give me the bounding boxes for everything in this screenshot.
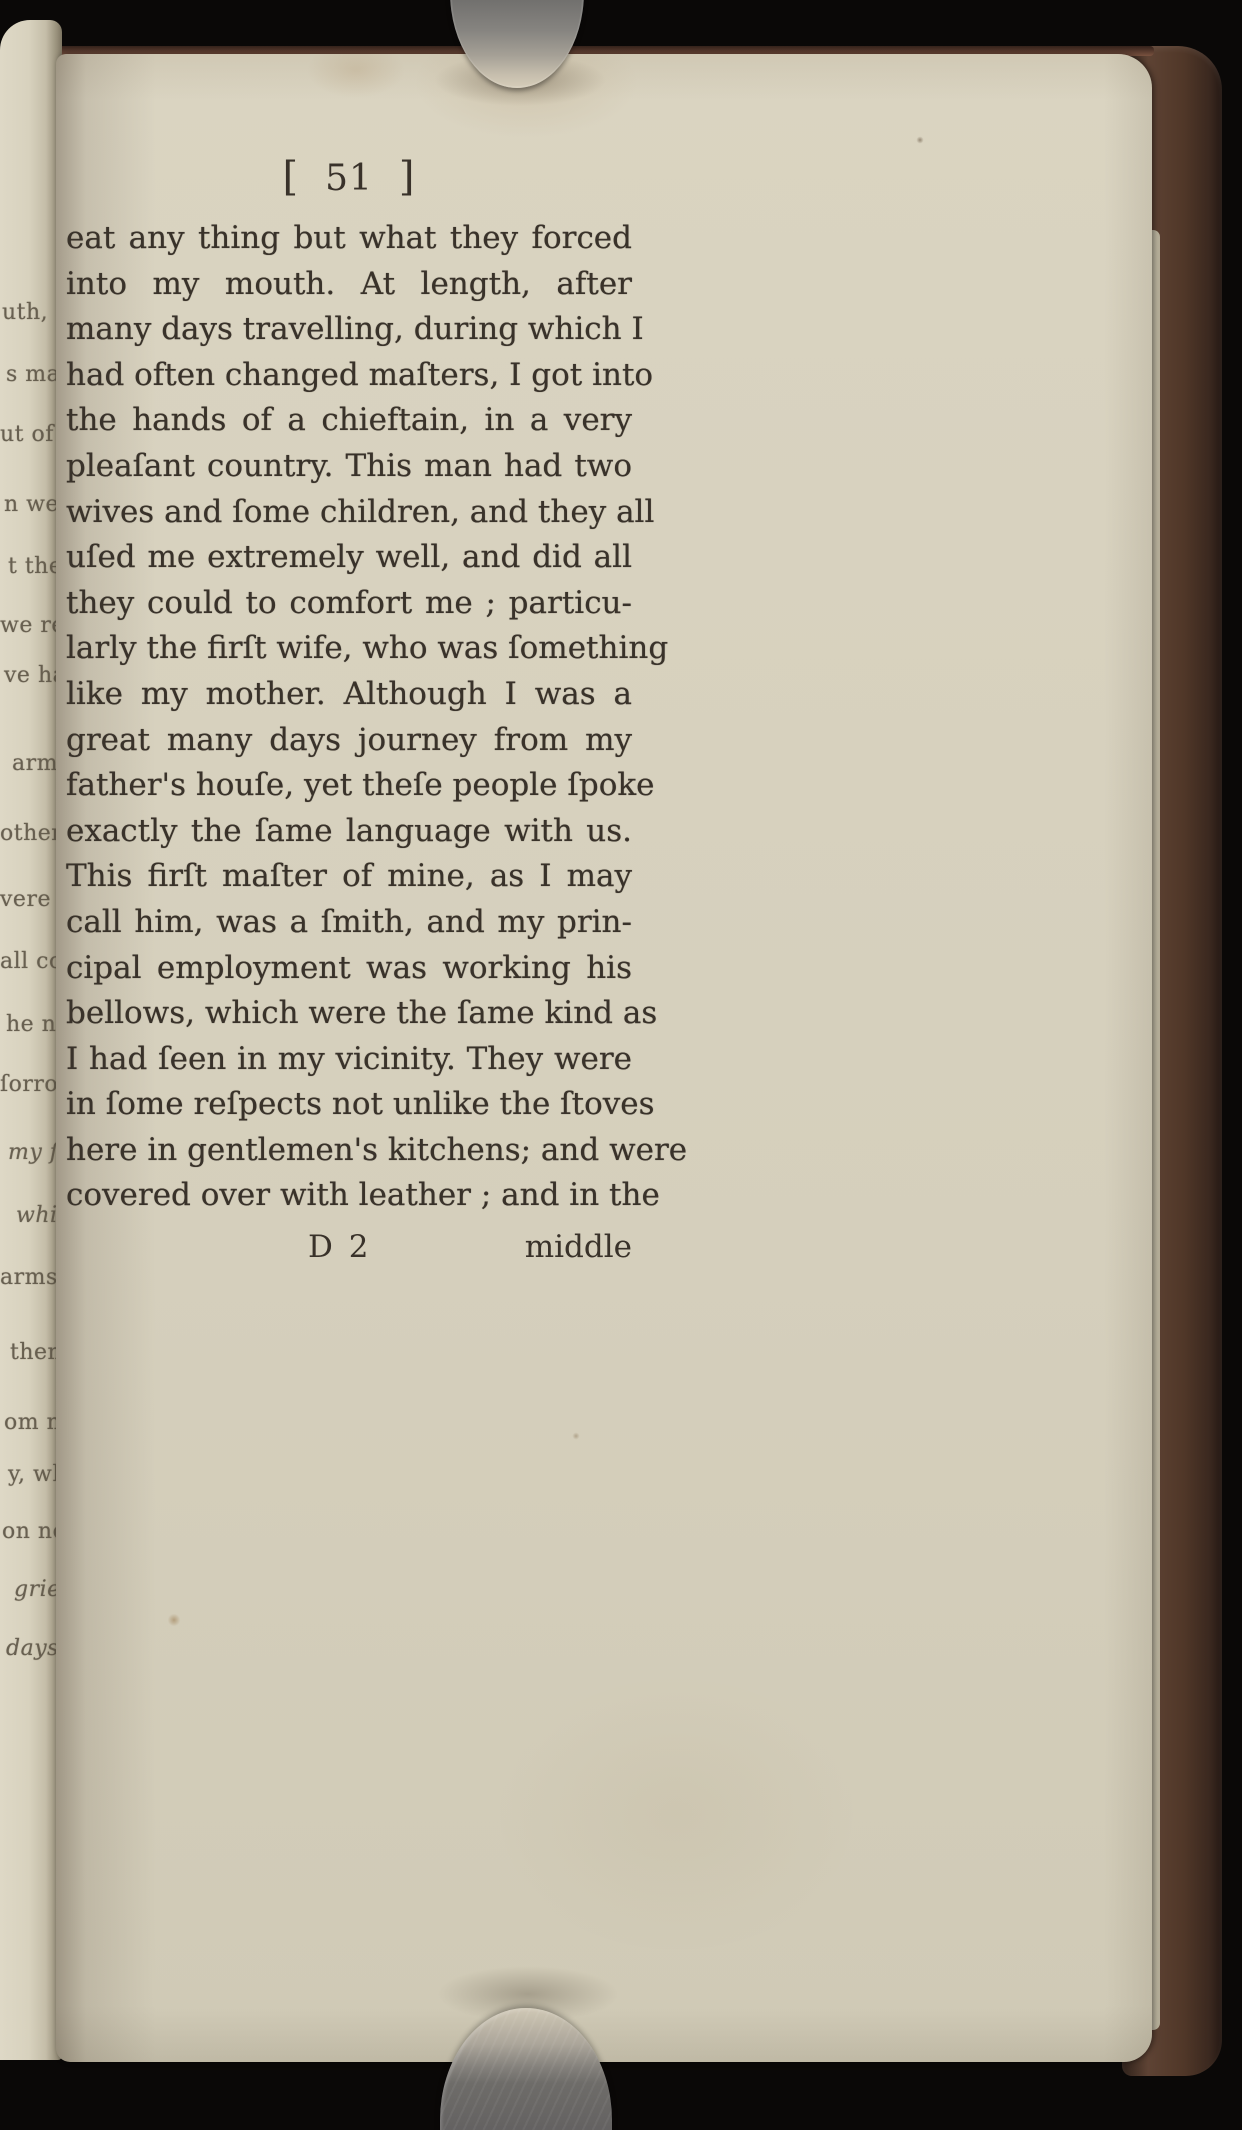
margin-bleed-fragment: uth, and bbox=[2, 300, 62, 325]
text-line: pleaſant country. This man had two bbox=[66, 444, 632, 490]
margin-bleed-fragment: other with bbox=[0, 821, 62, 846]
margin-bleed-fragment: all comfo bbox=[0, 949, 62, 974]
margin-bleed-fragment: n we we bbox=[4, 492, 62, 517]
signature-mark: D 2 bbox=[308, 1224, 371, 1270]
text-line: exactly the ſame language with us. bbox=[66, 809, 632, 855]
margin-bleed-fragment: ut of the bbox=[0, 422, 62, 447]
margin-bleed-fragment: t they d bbox=[8, 554, 62, 579]
margin-bleed-fragment: arms all bbox=[12, 751, 62, 776]
facing-page-strip: uth, ands mannerut of then we wet they d… bbox=[0, 20, 62, 2060]
margin-bleed-fragment: them no bbox=[10, 1340, 62, 1365]
text-line: This firſt maſter of mine, as I may bbox=[66, 854, 632, 900]
text-line: father's houſe, yet theſe people ſpoke bbox=[66, 763, 632, 809]
signature-line: D 2 middle bbox=[66, 1224, 632, 1270]
text-line: bellows, which were the ſame kind as bbox=[66, 991, 632, 1037]
text-line: here in gentlemen's kitchens; and were bbox=[66, 1128, 632, 1174]
margin-bleed-fragment: he next bbox=[6, 1012, 62, 1037]
text-line: like my mother. Although I was a bbox=[66, 672, 632, 718]
right-bracket: ] bbox=[399, 154, 416, 200]
text-line: covered over with leather ; and in the bbox=[66, 1173, 632, 1219]
text-line: in ſome reſpects not unlike the ſtoves bbox=[66, 1082, 632, 1128]
text-line: call him, was a ſmith, and my prin- bbox=[66, 900, 632, 946]
text-line: larly the firſt wife, who was ſomething bbox=[66, 626, 632, 672]
text-line: they could to comfort me ; particu- bbox=[66, 581, 632, 627]
margin-bleed-fragment: on not t bbox=[2, 1519, 62, 1544]
book-scan-photo: uth, ands mannerut of then we wet they d… bbox=[0, 0, 1242, 2130]
margin-bleed-fragment: s manner bbox=[6, 362, 62, 387]
text-line: the hands of a chieftain, in a very bbox=[66, 398, 632, 444]
text-line: wives and ſome children, and they all bbox=[66, 490, 632, 536]
margin-bleed-fragment: grieved bbox=[14, 1577, 62, 1602]
text-line: cipal employment was working his bbox=[66, 946, 632, 992]
margin-bleed-fragment: y, while bbox=[8, 1462, 62, 1487]
margin-bleed-fragment: my ſiſter bbox=[8, 1140, 62, 1165]
margin-bleed-fragment: ſorrow tha bbox=[0, 1072, 62, 1097]
margin-bleed-fragment: days did bbox=[6, 1636, 62, 1661]
margin-bleed-fragment: om me, bbox=[4, 1410, 62, 1435]
catchword: middle bbox=[525, 1224, 632, 1270]
book-page: [51] eat any thing but what they forcedi… bbox=[56, 54, 1152, 2062]
text-line: uſed me extremely well, and did all bbox=[66, 535, 632, 581]
page-number-header: [51] bbox=[66, 154, 632, 200]
text-line: eat any thing but what they forced bbox=[66, 216, 632, 262]
margin-bleed-fragment: we refuſe bbox=[0, 613, 62, 638]
left-bracket: [ bbox=[282, 154, 299, 200]
text-line: many days travelling, during which I bbox=[66, 307, 632, 353]
body-text: eat any thing but what they forcedinto m… bbox=[66, 216, 632, 1219]
margin-bleed-fragment: arms. It bbox=[0, 1265, 62, 1290]
text-line: into my mouth. At length, after bbox=[66, 262, 632, 308]
margin-bleed-fragment: ve had w bbox=[4, 663, 62, 688]
page-number: 51 bbox=[325, 158, 373, 199]
text-line: I had ſeen in my vicinity. They were bbox=[66, 1037, 632, 1083]
text-line: had often changed maſters, I got into bbox=[66, 353, 632, 399]
text-line: great many days journey from my bbox=[66, 718, 632, 764]
margin-bleed-fragment: vere ſoon bbox=[0, 887, 62, 912]
